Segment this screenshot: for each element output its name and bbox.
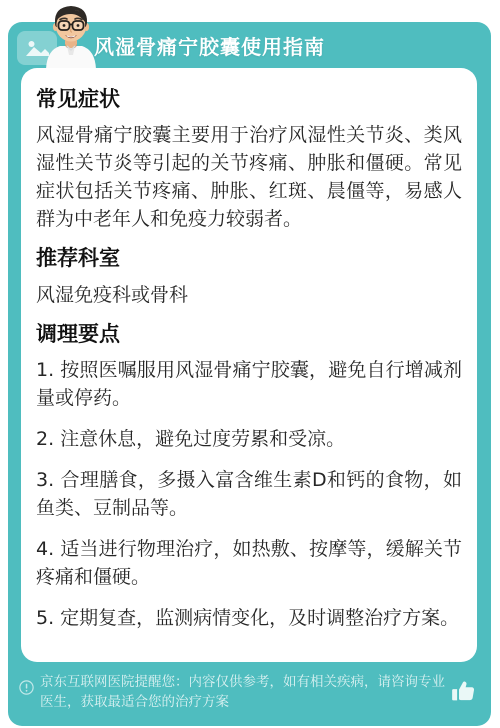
content-card: 常见症状 风湿骨痛宁胶囊主要用于治疗风湿性关节炎、类风湿性关节炎等引起的关节疼痛… bbox=[21, 68, 477, 662]
header: 风湿骨痛宁胶囊使用指南 bbox=[8, 22, 491, 68]
symptoms-paragraph: 风湿骨痛宁胶囊主要用于治疗风湿性关节炎、类风湿性关节炎等引起的关节疼痛、肿胀和僵… bbox=[36, 121, 462, 233]
care-point-1: 1. 按照医嘱服用风湿骨痛宁胶囊，避免自行增减剂量或停药。 bbox=[36, 356, 462, 412]
info-icon bbox=[19, 680, 34, 695]
care-point-4: 4. 适当进行物理治疗，如热敷、按摩等，缓解关节疼痛和僵硬。 bbox=[36, 535, 462, 591]
guide-card: 风湿骨痛宁胶囊使用指南 常见症状 风湿骨痛宁胶囊主要用于治疗风湿性关节炎、类风湿… bbox=[8, 22, 491, 726]
care-point-3: 3. 合理膳食，多摄入富含维生素D和钙的食物，如鱼类、豆制品等。 bbox=[36, 466, 462, 522]
section-heading-care-points: 调理要点 bbox=[36, 321, 462, 348]
footer-disclaimer-bar: 京东互联网医院提醒您：内容仅供参考，如有相关疾病，请咨询专业医生，获取最适合您的… bbox=[8, 662, 491, 726]
section-heading-symptoms: 常见症状 bbox=[36, 86, 462, 113]
disclaimer-text: 京东互联网医院提醒您：内容仅供参考，如有相关疾病，请咨询专业医生，获取最适合您的… bbox=[40, 672, 445, 712]
section-heading-department: 推荐科室 bbox=[36, 245, 462, 272]
care-point-5: 5. 定期复查，监测病情变化，及时调整治疗方案。 bbox=[36, 604, 462, 632]
thumbs-up-icon[interactable] bbox=[449, 676, 479, 706]
page-title: 风湿骨痛宁胶囊使用指南 bbox=[94, 22, 325, 68]
department-paragraph: 风湿免疫科或骨科 bbox=[36, 281, 462, 309]
care-point-2: 2. 注意休息，避免过度劳累和受凉。 bbox=[36, 425, 462, 453]
